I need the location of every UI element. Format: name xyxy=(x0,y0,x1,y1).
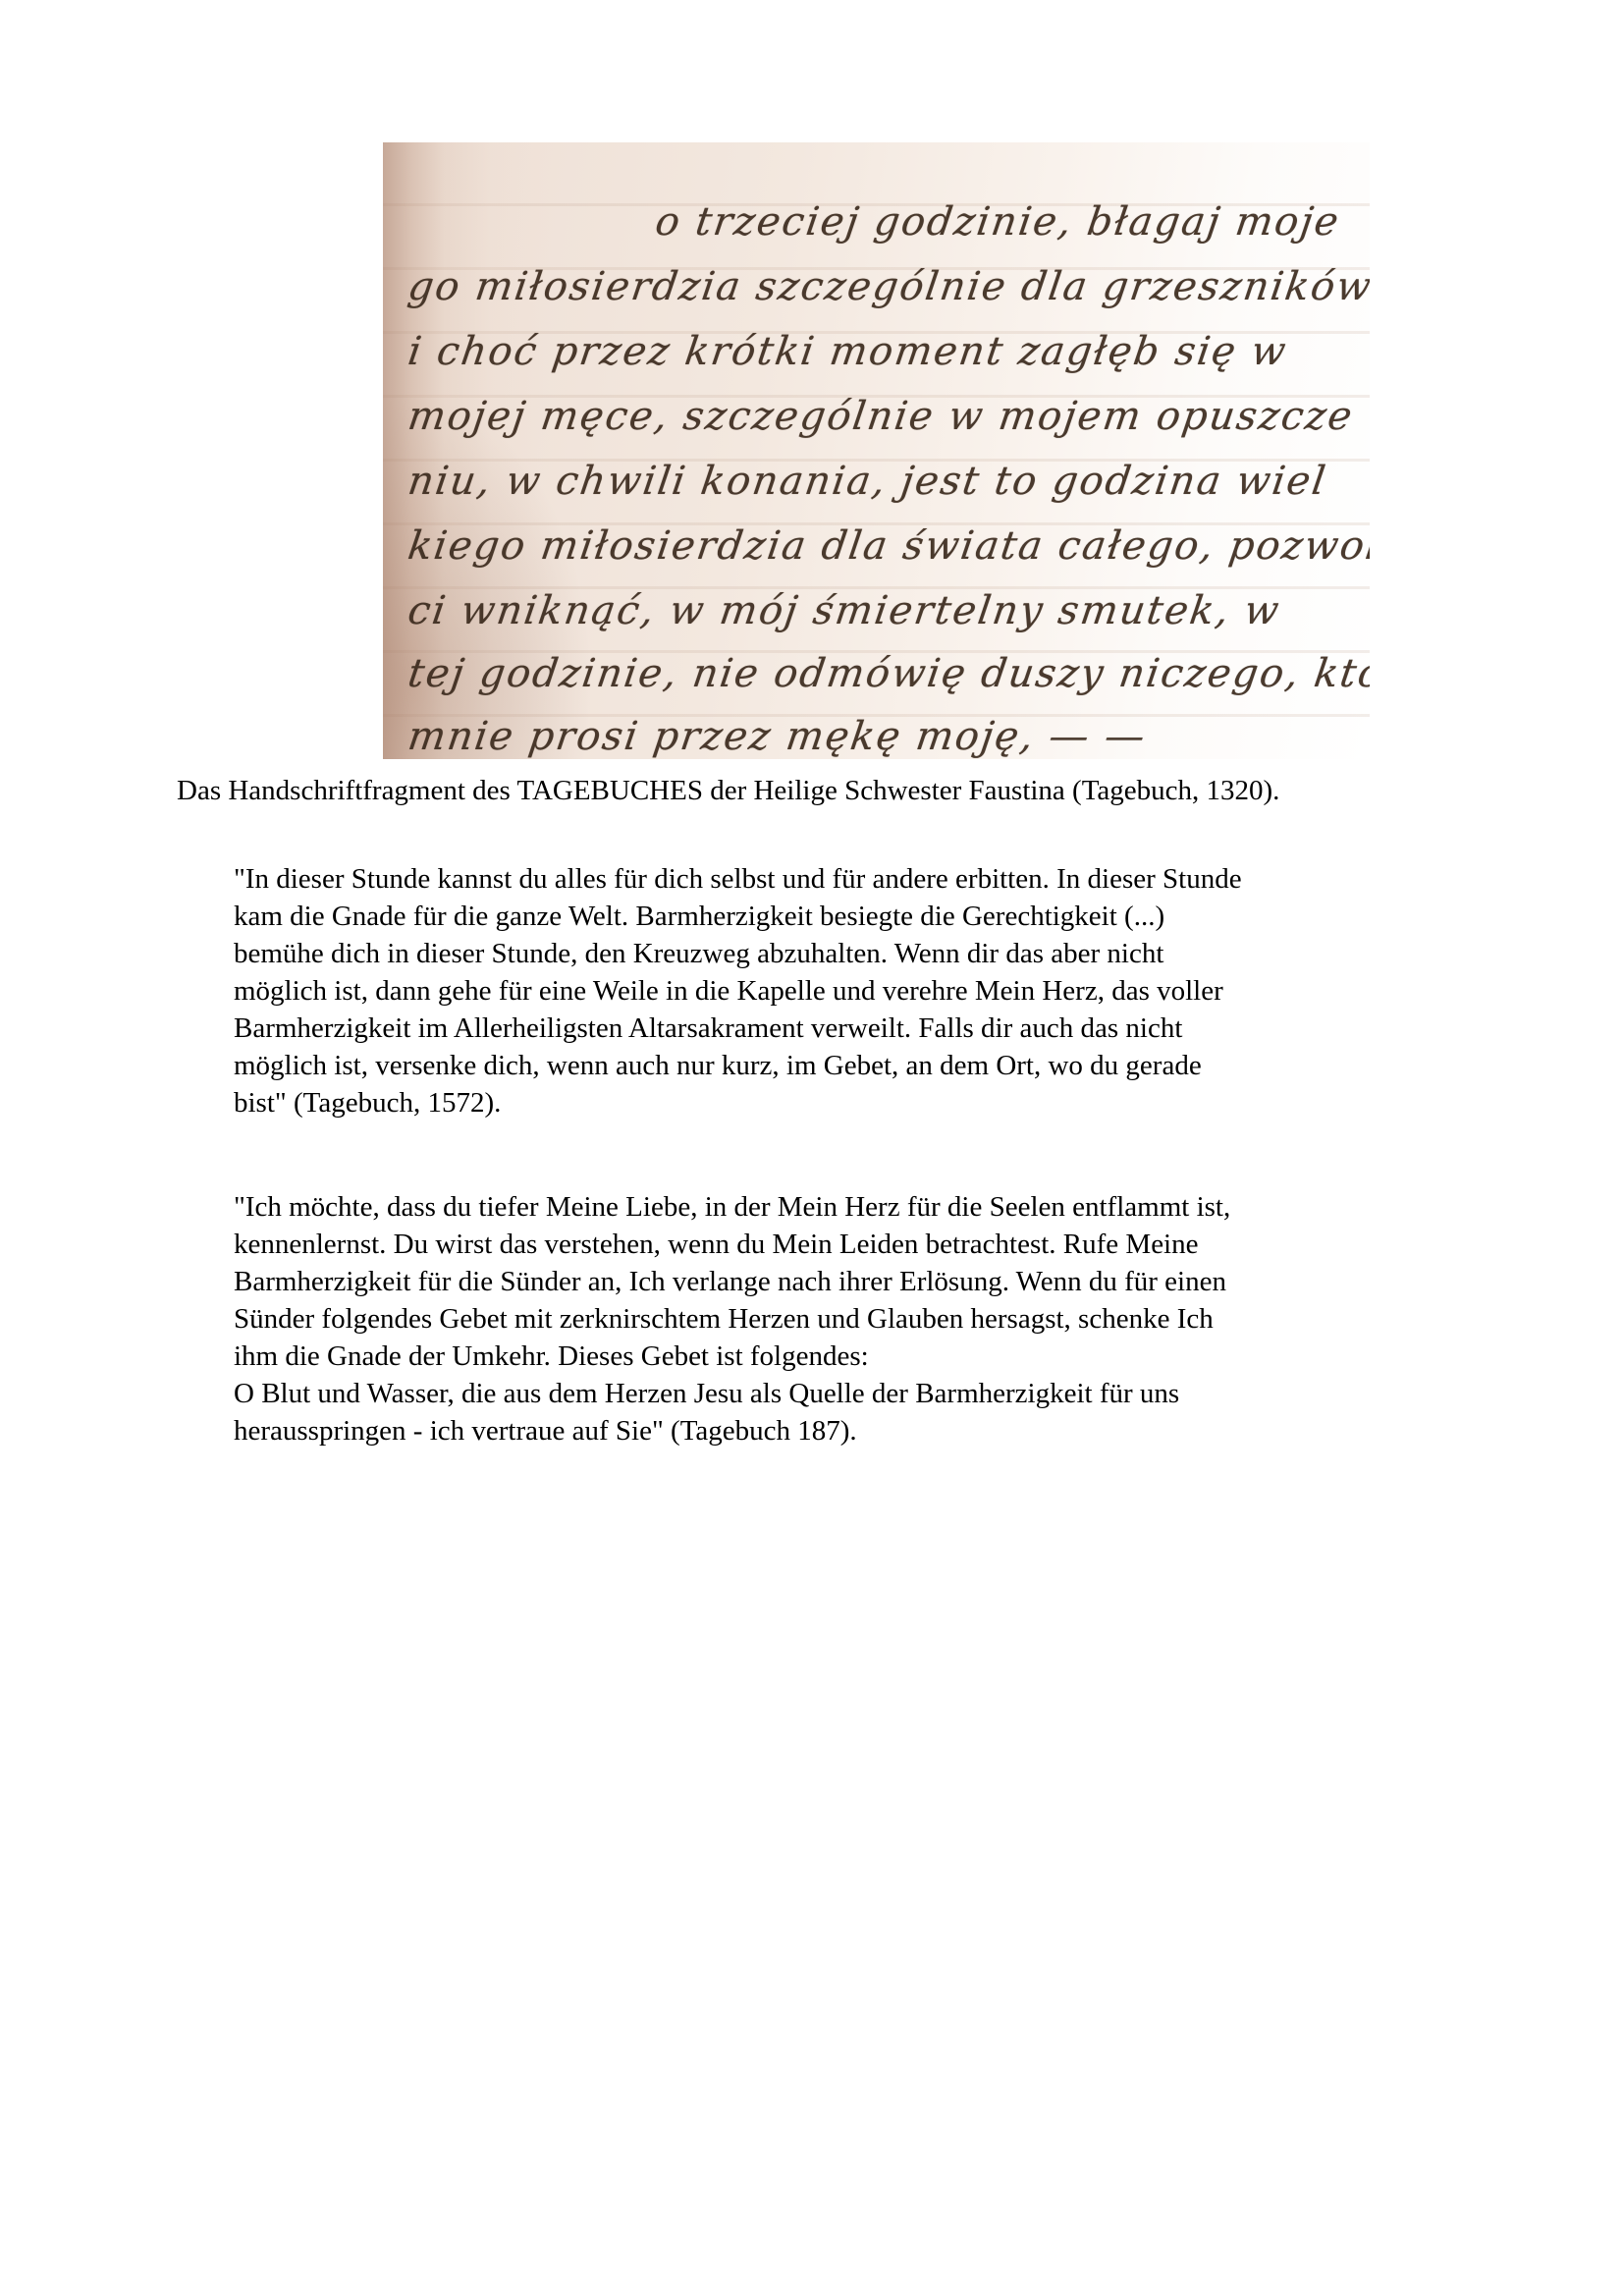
quote-paragraph-tagebuch-187: "Ich möchte, dass du tiefer Meine Liebe,… xyxy=(234,1188,1422,1449)
quote-paragraph-tagebuch-1572: "In dieser Stunde kannst du alles für di… xyxy=(234,860,1422,1121)
manuscript-line: o trzeciej godzinie, błagaj moje xyxy=(653,199,1343,245)
manuscript-line: i choć przez krótki moment zagłęb się w xyxy=(405,329,1290,374)
manuscript-line: mnie prosi przez mękę moję, — — xyxy=(405,714,1150,759)
manuscript-line: go miłosierdzia szczególnie dla grzeszni… xyxy=(405,264,1370,309)
manuscript-line: tej godzinie, nie odmówię duszy niczego,… xyxy=(405,651,1370,696)
manuscript-line: kiego miłosierdzia dla świata całego, po… xyxy=(405,523,1370,569)
page: { "manuscript": { "description": "handwr… xyxy=(0,0,1622,2296)
manuscript-scan-image: o trzeciej godzinie, błagaj moje go miło… xyxy=(383,142,1370,759)
manuscript-line: niu, w chwili konania, jest to godzina w… xyxy=(405,459,1330,504)
manuscript-line: ci wniknąć, w mój śmiertelny smutek, w xyxy=(405,588,1283,633)
manuscript-caption: Das Handschriftfragment des TAGEBUCHES d… xyxy=(177,772,1532,809)
manuscript-line: mojej męce, szczególnie w mojem opuszcze xyxy=(405,394,1357,439)
